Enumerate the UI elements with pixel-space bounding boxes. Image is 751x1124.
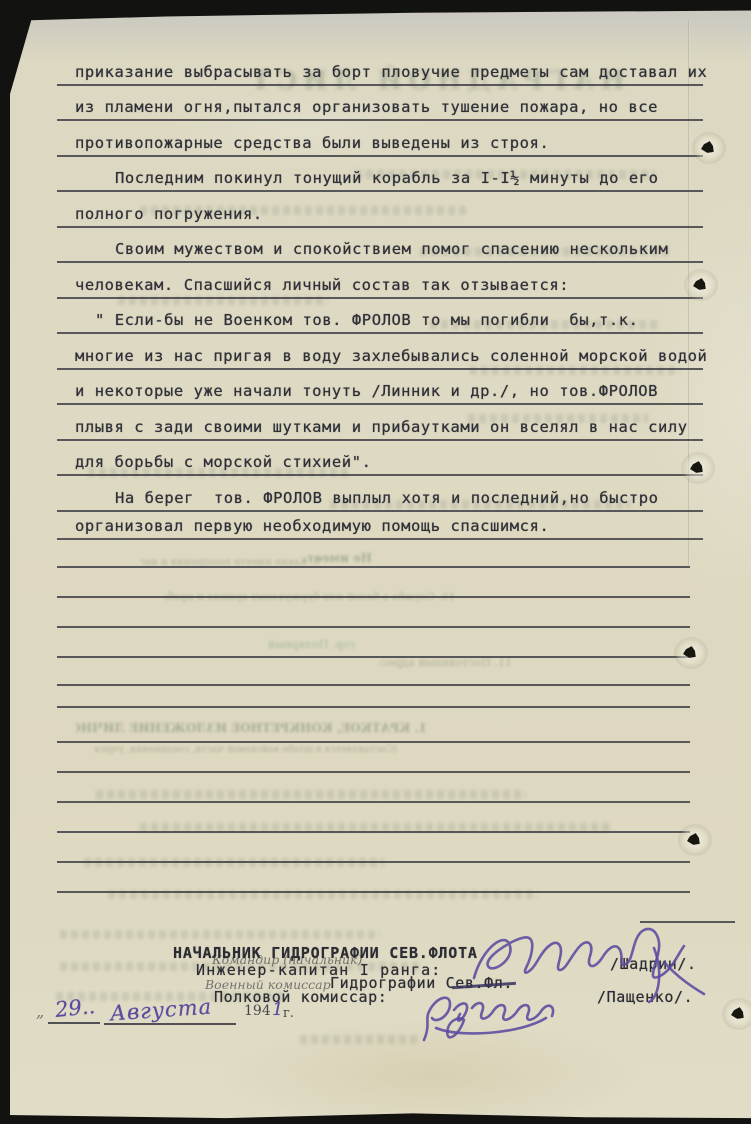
official-title-typed: НАЧАЛЬНИК ГИДРОГРАФИИ СЕВ.ФЛОТА [173, 944, 478, 962]
typed-line: для борьбы с морской стихией". [75, 453, 371, 475]
typed-line: организовал первую необходимую помощь сп… [75, 517, 549, 539]
ruled-line [57, 706, 690, 708]
ruled-line [57, 656, 690, 658]
typed-line: и некоторые уже начали тонуть /Линник и … [75, 382, 658, 404]
bleedthrough-text: 1. КРАТКОЕ, КОНКРЕТНОЕ ИЗЛОЖЕНИЕ ЛИЧНОГО… [75, 721, 427, 735]
typed-line: противопожарные средства были выведены и… [75, 134, 549, 156]
bleedthrough-smudge [300, 1035, 420, 1044]
commissar-rank-line: Полковой комиссар: [214, 988, 387, 1006]
typed-line: из пламени огня,пытался организовать туш… [75, 98, 658, 120]
typed-line: приказание выбрасывать за борт пловучие … [75, 63, 707, 85]
punch-hole-tear [700, 139, 716, 154]
date-underline [48, 1022, 100, 1024]
typed-line: Своим мужеством и спокойствием помог спа… [115, 240, 668, 262]
ruled-line [57, 596, 690, 598]
typed-line: Последним покинул тонущий корабль за I-I… [115, 169, 659, 191]
date-year-label: г. [283, 1006, 294, 1021]
document-scan: НАЧАЛЬНИК ГИДРОГРАФИИ СЕВ.ФЛОТА Командир… [0, 0, 751, 1124]
bleedthrough-text: (Составляется в штабе войсковой части, с… [95, 744, 397, 755]
punch-hole [678, 824, 712, 856]
typed-line: полного погружения. [75, 205, 263, 227]
punch-hole [681, 452, 715, 484]
bleedthrough-text: Не имеет. [287, 551, 372, 565]
date-year-handwritten: 1 [272, 999, 283, 1020]
punch-hole-tear [686, 831, 702, 846]
punch-hole-tear [692, 276, 708, 291]
ruled-line [57, 891, 690, 893]
punch-hole [692, 132, 726, 164]
bleedthrough-smudge [96, 790, 526, 799]
punch-hole [684, 269, 718, 301]
typed-line: многие из нас пригая в воду захлебывалис… [75, 347, 707, 369]
punch-hole [674, 637, 708, 669]
scan-edge-left [0, 0, 10, 1124]
ruled-line [57, 801, 690, 803]
punch-hole-tear [730, 1005, 746, 1020]
typed-line: На берег тов. ФРОЛОВ выплыл хотя и после… [115, 489, 659, 511]
bleedthrough-smudge [60, 930, 380, 939]
pashchenko-signature [420, 980, 575, 1046]
typed-line: " Если-бы не Военком тов. ФРОЛОВ то мы п… [95, 311, 639, 333]
ruled-line [57, 684, 690, 686]
ruled-line [57, 626, 690, 628]
ruled-line [57, 861, 690, 863]
punch-hole-tear [689, 459, 705, 474]
punch-hole [722, 998, 751, 1030]
ruled-line [57, 741, 690, 743]
typed-line: человекам. Спасшийся личный состав так о… [75, 276, 569, 298]
punch-hole-tear [682, 644, 698, 659]
ruled-line [57, 831, 690, 833]
ruled-line [57, 771, 690, 773]
date-day-handwritten: 29.. [54, 994, 96, 1022]
date-opening-quote: „ [36, 1002, 44, 1021]
typed-line: плывя с зади своими шутками и прибауткам… [75, 418, 688, 440]
bleedthrough-text: гор. Полярный [195, 638, 355, 651]
paper: НАЧАЛЬНИК ГИДРОГРАФИИ СЕВ.ФЛОТА Командир… [0, 0, 751, 1124]
ruled-line [57, 566, 690, 568]
